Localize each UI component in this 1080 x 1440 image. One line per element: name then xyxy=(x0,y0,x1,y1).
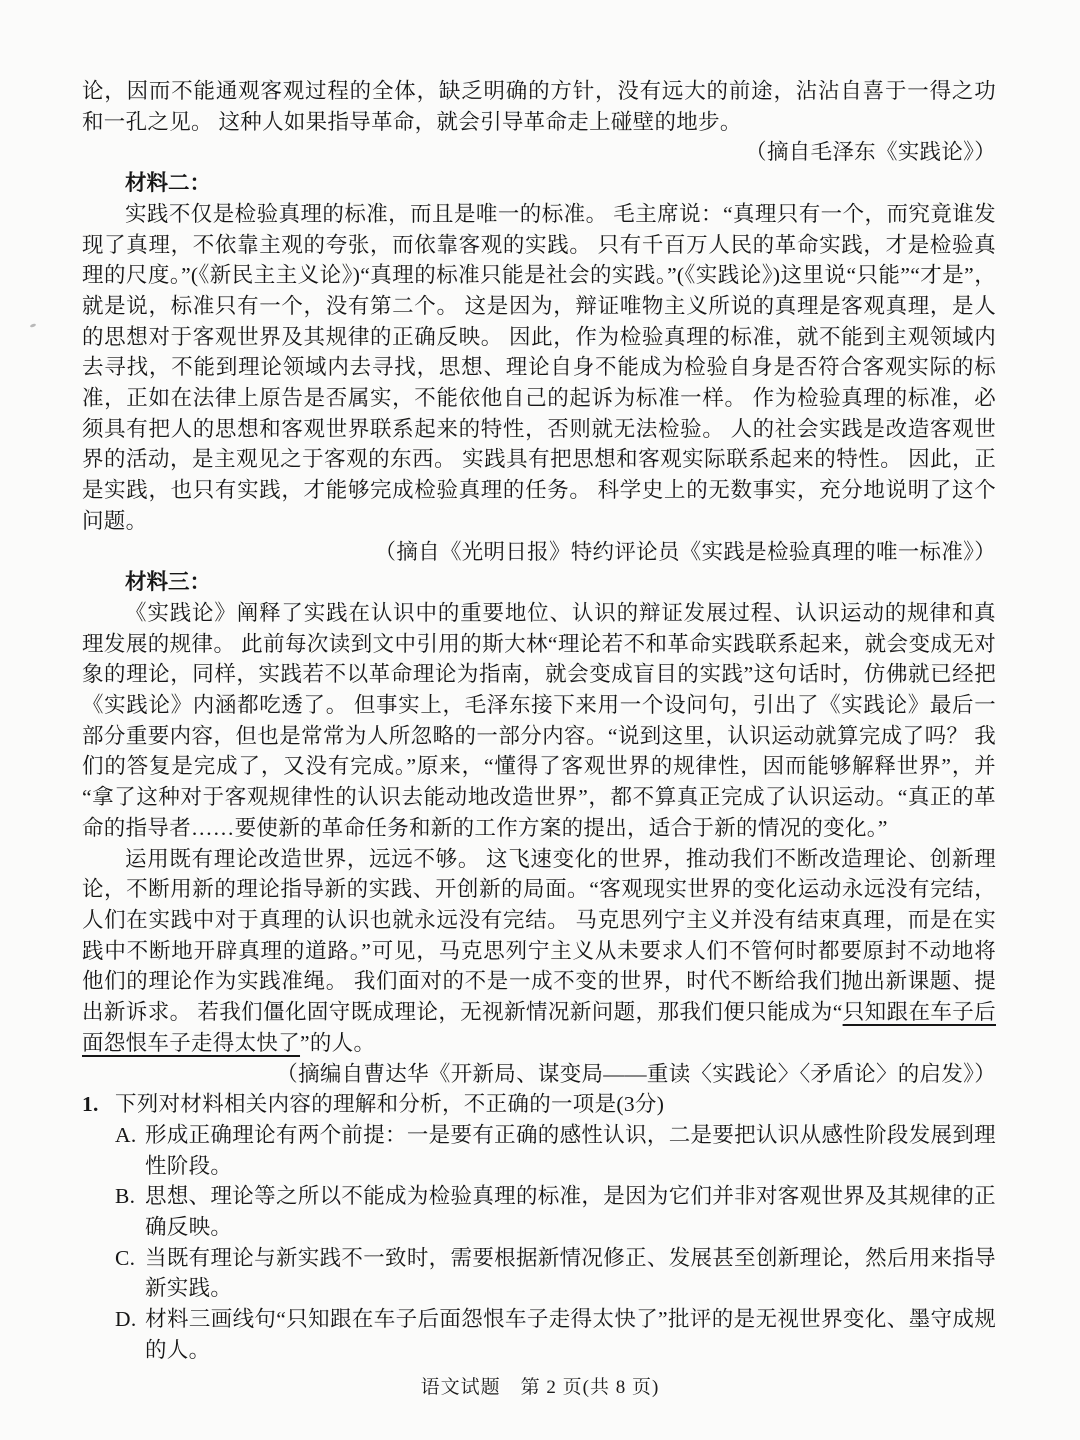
question-1-stem: 1.下列对材料相关内容的理解和分析，不正确的一项是(3分) xyxy=(82,1089,996,1120)
material3-paragraph-2-tail: ”的人。 xyxy=(300,1031,375,1055)
option-a-label: A. xyxy=(115,1120,145,1151)
page-footer: 语文试题 第 2 页(共 8 页) xyxy=(0,1372,1080,1399)
option-d-text: 材料三画线句“只知跟在车子后面怨恨车子走得太快了”批评的是无视世界变化、墨守成规… xyxy=(145,1307,996,1362)
option-c-text: 当既有理论与新实践不一致时，需要根据新情况修正、发展甚至创新理论，然后用来指导新… xyxy=(145,1246,996,1301)
option-a-text: 形成正确理论有两个前提：一是要有正确的感性认识，二是要把认识从感性阶段发展到理性… xyxy=(145,1123,996,1178)
question-1: 1.下列对材料相关内容的理解和分析，不正确的一项是(3分) A.形成正确理论有两… xyxy=(82,1089,996,1365)
material3-source-citation: （摘编自曹达华《开新局、谋变局——重读〈实践论〉〈矛盾论〉的启发》） xyxy=(82,1059,996,1090)
scan-artifact-dot xyxy=(30,323,37,328)
material3-paragraph-1: 《实践论》阐释了实践在认识中的重要地位、认识的辩证发展过程、认识运动的规律和真理… xyxy=(82,598,996,844)
option-b-label: B. xyxy=(115,1181,145,1212)
question-1-option-c: C.当既有理论与新实践不一致时，需要根据新情况修正、发展甚至创新理论，然后用来指… xyxy=(82,1243,996,1304)
intro-source-citation: （摘自毛泽东《实践论》） xyxy=(82,137,996,168)
material3-heading: 材料三： xyxy=(82,567,996,598)
option-c-label: C. xyxy=(115,1243,145,1274)
question-1-stem-text: 下列对材料相关内容的理解和分析，不正确的一项是(3分) xyxy=(115,1092,664,1116)
material3-paragraph-2-lead: 运用既有理论改造世界，远远不够。 这飞速变化的世界，推动我们不断改造理论、创新理… xyxy=(82,847,996,1025)
material2-paragraph: 实践不仅是检验真理的标准，而且是唯一的标准。 毛主席说：“真理只有一个，而究竟谁… xyxy=(82,199,996,537)
exam-content: 论，因而不能通观客观过程的全体，缺乏明确的方针，没有远大的前途，沾沾自喜于一得之… xyxy=(82,76,996,1366)
option-b-text: 思想、理论等之所以不能成为检验真理的标准，是因为它们并非对客观世界及其规律的正确… xyxy=(145,1184,996,1239)
material2-heading: 材料二： xyxy=(82,168,996,199)
question-1-number: 1. xyxy=(82,1089,115,1120)
question-1-option-b: B.思想、理论等之所以不能成为检验真理的标准，是因为它们并非对客观世界及其规律的… xyxy=(82,1181,996,1242)
intro-continuation-paragraph: 论，因而不能通观客观过程的全体，缺乏明确的方针，没有远大的前途，沾沾自喜于一得之… xyxy=(82,76,996,137)
question-1-option-d: D.材料三画线句“只知跟在车子后面怨恨车子走得太快了”批评的是无视世界变化、墨守… xyxy=(82,1304,996,1365)
question-1-option-a: A.形成正确理论有两个前提：一是要有正确的感性认识，二是要把认识从感性阶段发展到… xyxy=(82,1120,996,1181)
material2-source-citation: （摘自《光明日报》特约评论员《实践是检验真理的唯一标准》） xyxy=(82,537,996,568)
material3-paragraph-2: 运用既有理论改造世界，远远不够。 这飞速变化的世界，推动我们不断改造理论、创新理… xyxy=(82,844,996,1059)
exam-page: 论，因而不能通观客观过程的全体，缺乏明确的方针，没有远大的前途，沾沾自喜于一得之… xyxy=(0,0,1080,1440)
option-d-label: D. xyxy=(115,1304,145,1335)
